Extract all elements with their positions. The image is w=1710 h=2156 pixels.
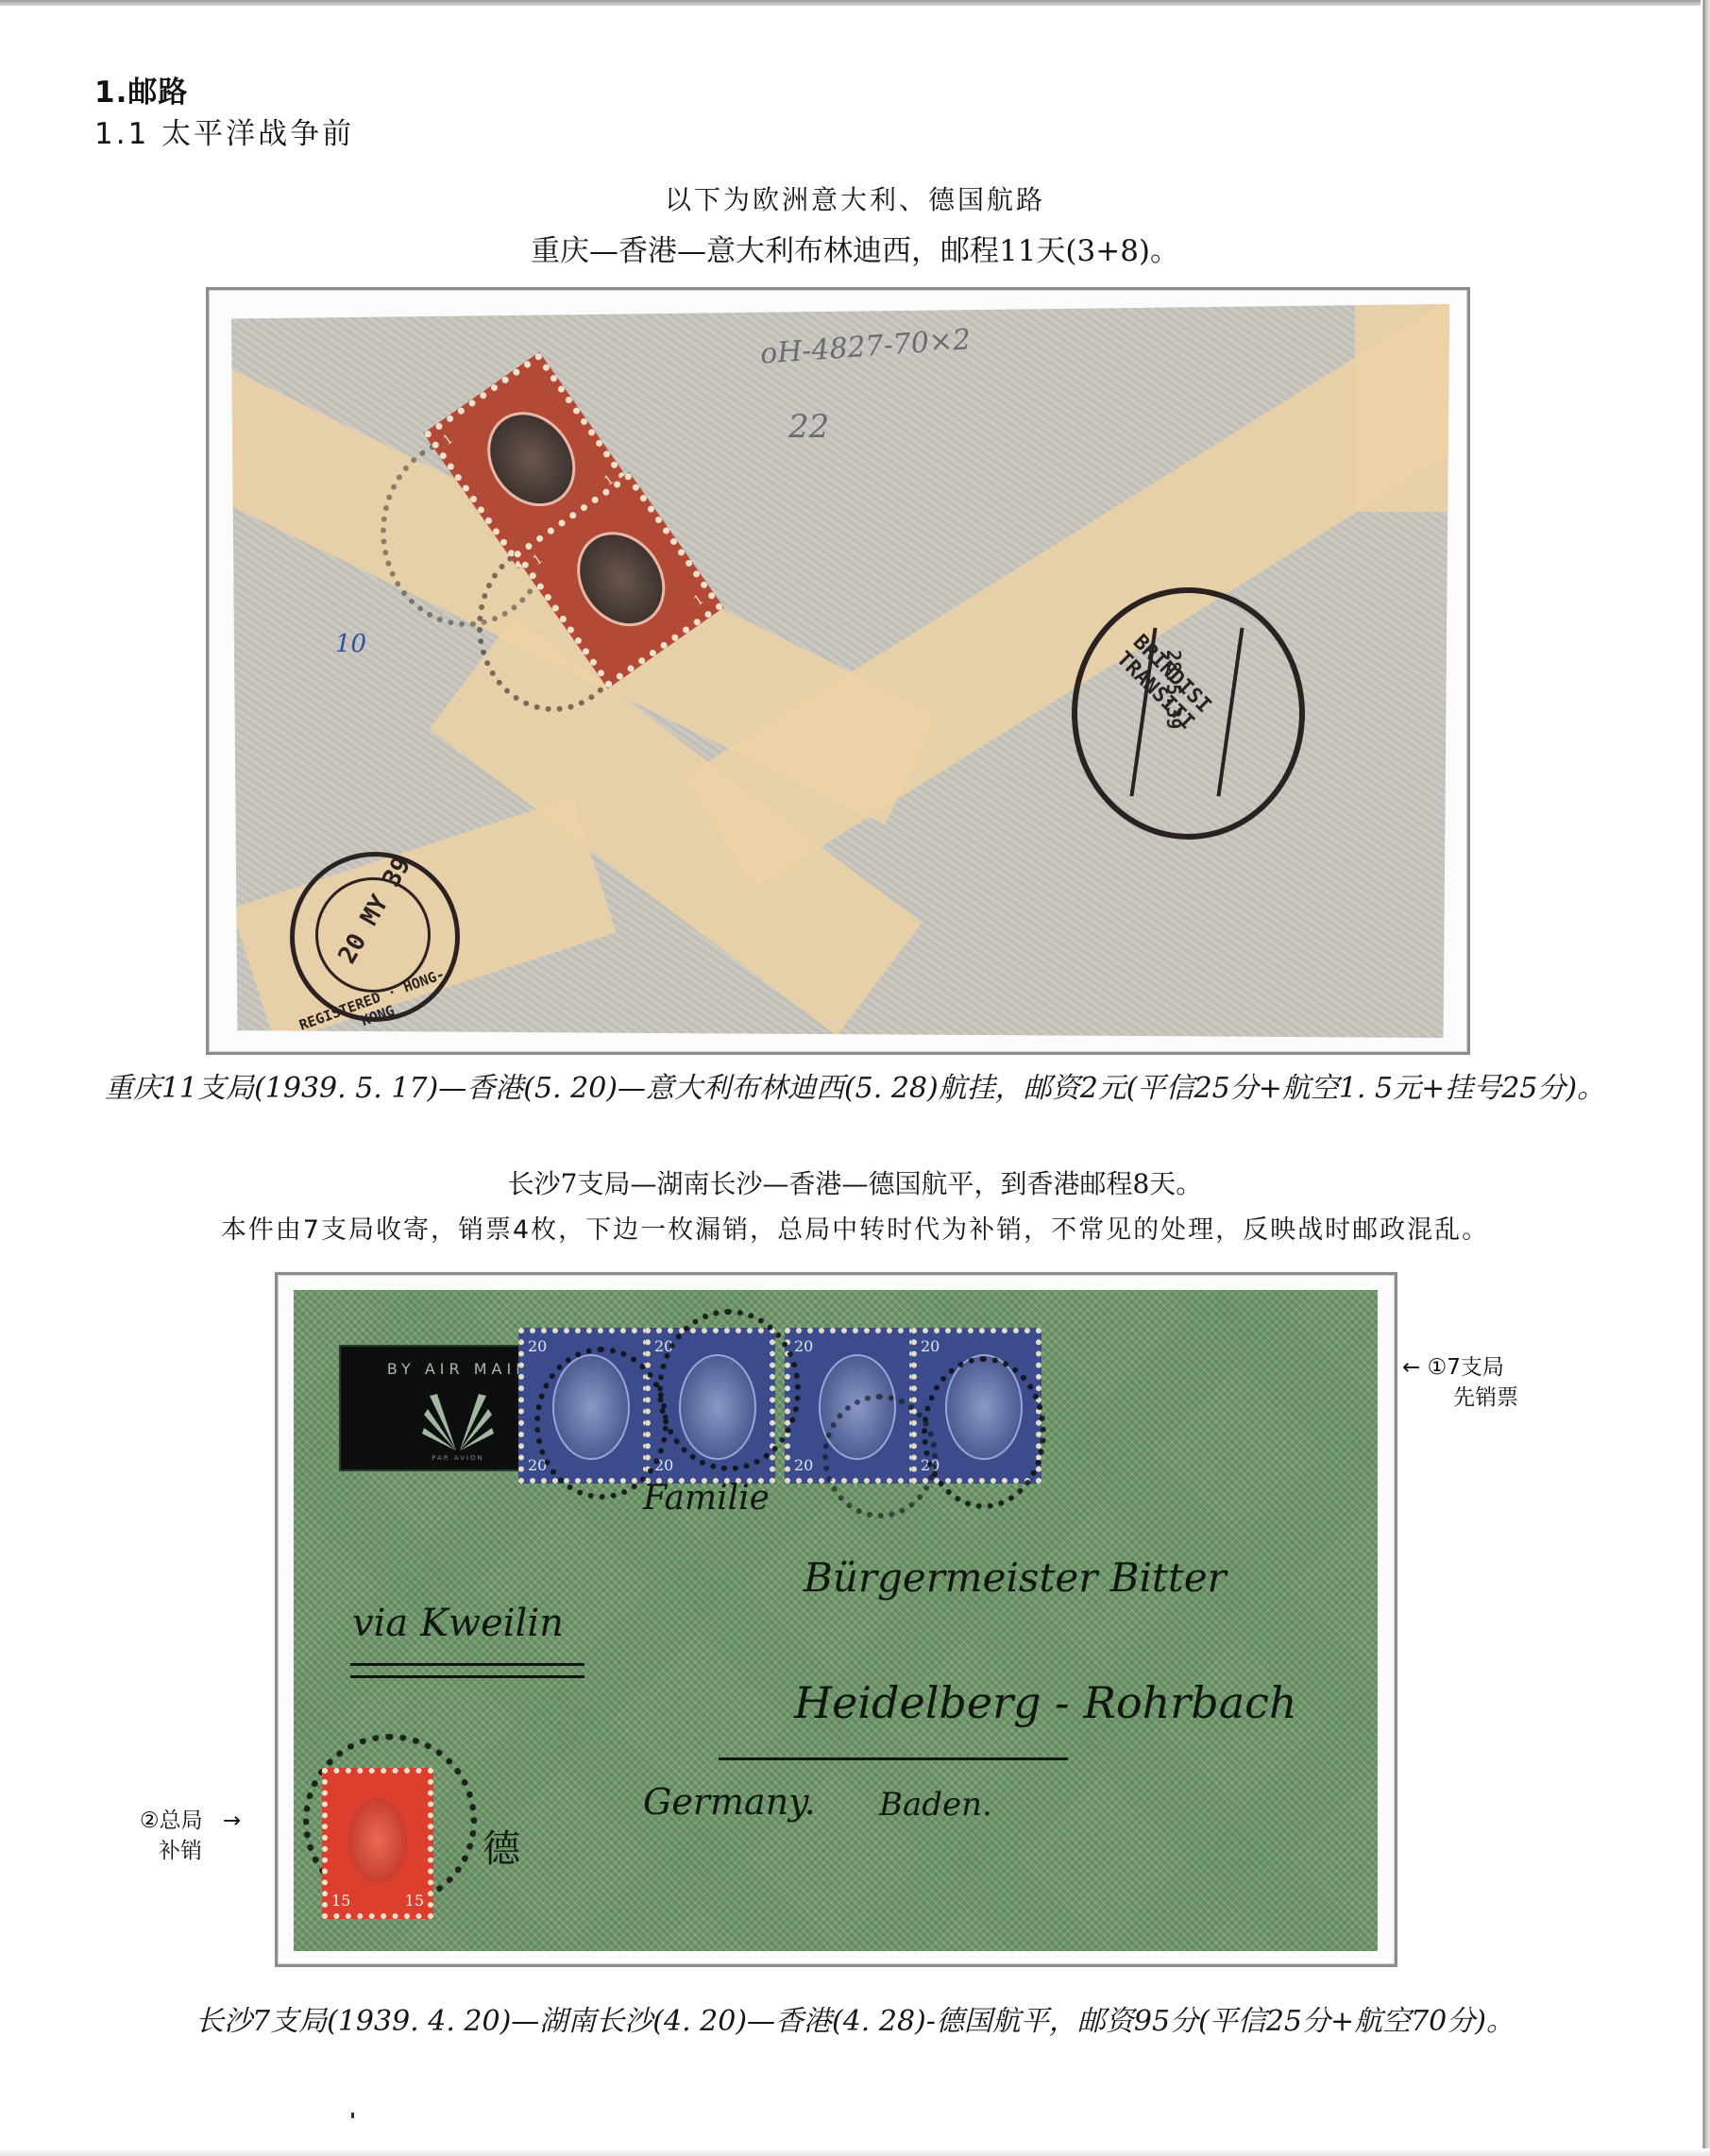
arrow-right-icon: → <box>210 1808 241 1833</box>
address-line: Heidelberg - Rohrbach <box>794 1677 1297 1728</box>
scan-speck <box>351 2113 354 2118</box>
address-underline <box>719 1757 1068 1760</box>
stamp-portrait <box>469 395 593 523</box>
cover-1-envelope-back: oH-4827-70×2 22 10 1 1 1 1 20 MY 39 REGI… <box>231 304 1449 1038</box>
cancel-mark <box>534 1347 669 1500</box>
cancel-mark <box>822 1394 938 1519</box>
cancel-mark <box>657 1309 801 1471</box>
stamp-value: 20 <box>794 1337 813 1355</box>
stamp-portrait <box>348 1798 407 1883</box>
cover-1-frame: oH-4827-70×2 22 10 1 1 1 1 20 MY 39 REGI… <box>206 287 1470 1055</box>
stamp-value: 1 <box>530 552 545 569</box>
stamp-value: 20 <box>528 1337 547 1355</box>
address-line: Baden. <box>879 1786 992 1824</box>
annotation-main-office-cancel: ②总局 → 补销 <box>140 1806 241 1866</box>
cancel-mark <box>922 1356 1046 1509</box>
annotation-line: 先销票 <box>1402 1383 1518 1413</box>
route-2-caption: 长沙7支局—湖南长沙—香港—德国航平，到香港邮程8天。 <box>0 1163 1710 1201</box>
pencil-note: 22 <box>788 408 829 446</box>
tape-strip <box>1355 304 1449 512</box>
routing-underline <box>350 1663 584 1678</box>
page-top-edge <box>0 0 1710 6</box>
address-line: Bürgermeister Bitter <box>804 1554 1227 1601</box>
route-1-caption: 重庆—香港—意大利布林迪西，邮程11天(3+8)。 <box>0 227 1710 269</box>
postmark-date: 28.5.39 <box>1162 650 1185 729</box>
routing-instruction: via Kweilin <box>352 1602 564 1645</box>
stamp-value: 20 <box>794 1456 813 1474</box>
stamp-value: 20 <box>921 1337 940 1355</box>
annotation-line: ②总局 <box>140 1808 203 1833</box>
hongkong-registered-postmark: 20 MY 39 REGISTERED · HONG-KONG <box>290 852 460 1022</box>
cover-2-caption: 长沙7支局(1939. 4. 20)—湖南长沙(4. 20)—香港(4. 28)… <box>0 1997 1710 2039</box>
stamp-value: 15 <box>405 1892 424 1910</box>
wings-icon <box>420 1386 496 1452</box>
brindisi-transit-postmark: BRINDISI TRANSITI 28.5.39 <box>1072 587 1305 840</box>
intro-line: 以下为欧洲意大利、德国航路 <box>0 179 1710 217</box>
subsection-title: 1.1 太平洋战争前 <box>94 110 354 152</box>
route-2-note: 本件由7支局收寄，销票4枚，下边一枚漏销，总局中转时代为补销，不常见的处理，反映… <box>0 1209 1710 1246</box>
annotation-branch-cancel: ← ①7支局 先销票 <box>1402 1352 1518 1413</box>
page-bottom-edge <box>0 2148 1710 2156</box>
stamp-15-cent: 15 15 <box>322 1768 433 1919</box>
cover-2-frame: BY AIR MAIL PAR AVION 20 20 20 20 <box>275 1272 1397 1967</box>
annotation-line: ①7支局 <box>1428 1355 1504 1380</box>
blue-ink-note: 10 <box>335 630 366 658</box>
stamp-portrait <box>559 515 683 643</box>
chinese-destination-mark: 德 <box>483 1819 520 1873</box>
annotation-line: 补销 <box>140 1836 241 1866</box>
section-title: 1.邮路 <box>94 68 188 110</box>
address-line: Germany. <box>643 1781 816 1823</box>
arrow-left-icon: ← <box>1402 1355 1420 1380</box>
stamp-value: 1 <box>691 592 706 609</box>
cover-2-envelope-front: BY AIR MAIL PAR AVION 20 20 20 20 <box>294 1290 1378 1951</box>
address-line: Familie <box>643 1479 770 1518</box>
cover-1-caption: 重庆11支局(1939. 5. 17)—香港(5. 20)—意大利布林迪西(5.… <box>0 1064 1710 1106</box>
tape-strip <box>685 304 1449 889</box>
stamp-value: 1 <box>440 432 455 449</box>
stamp-value: 15 <box>331 1892 350 1910</box>
pencil-note: oH-4827-70×2 <box>759 323 972 370</box>
